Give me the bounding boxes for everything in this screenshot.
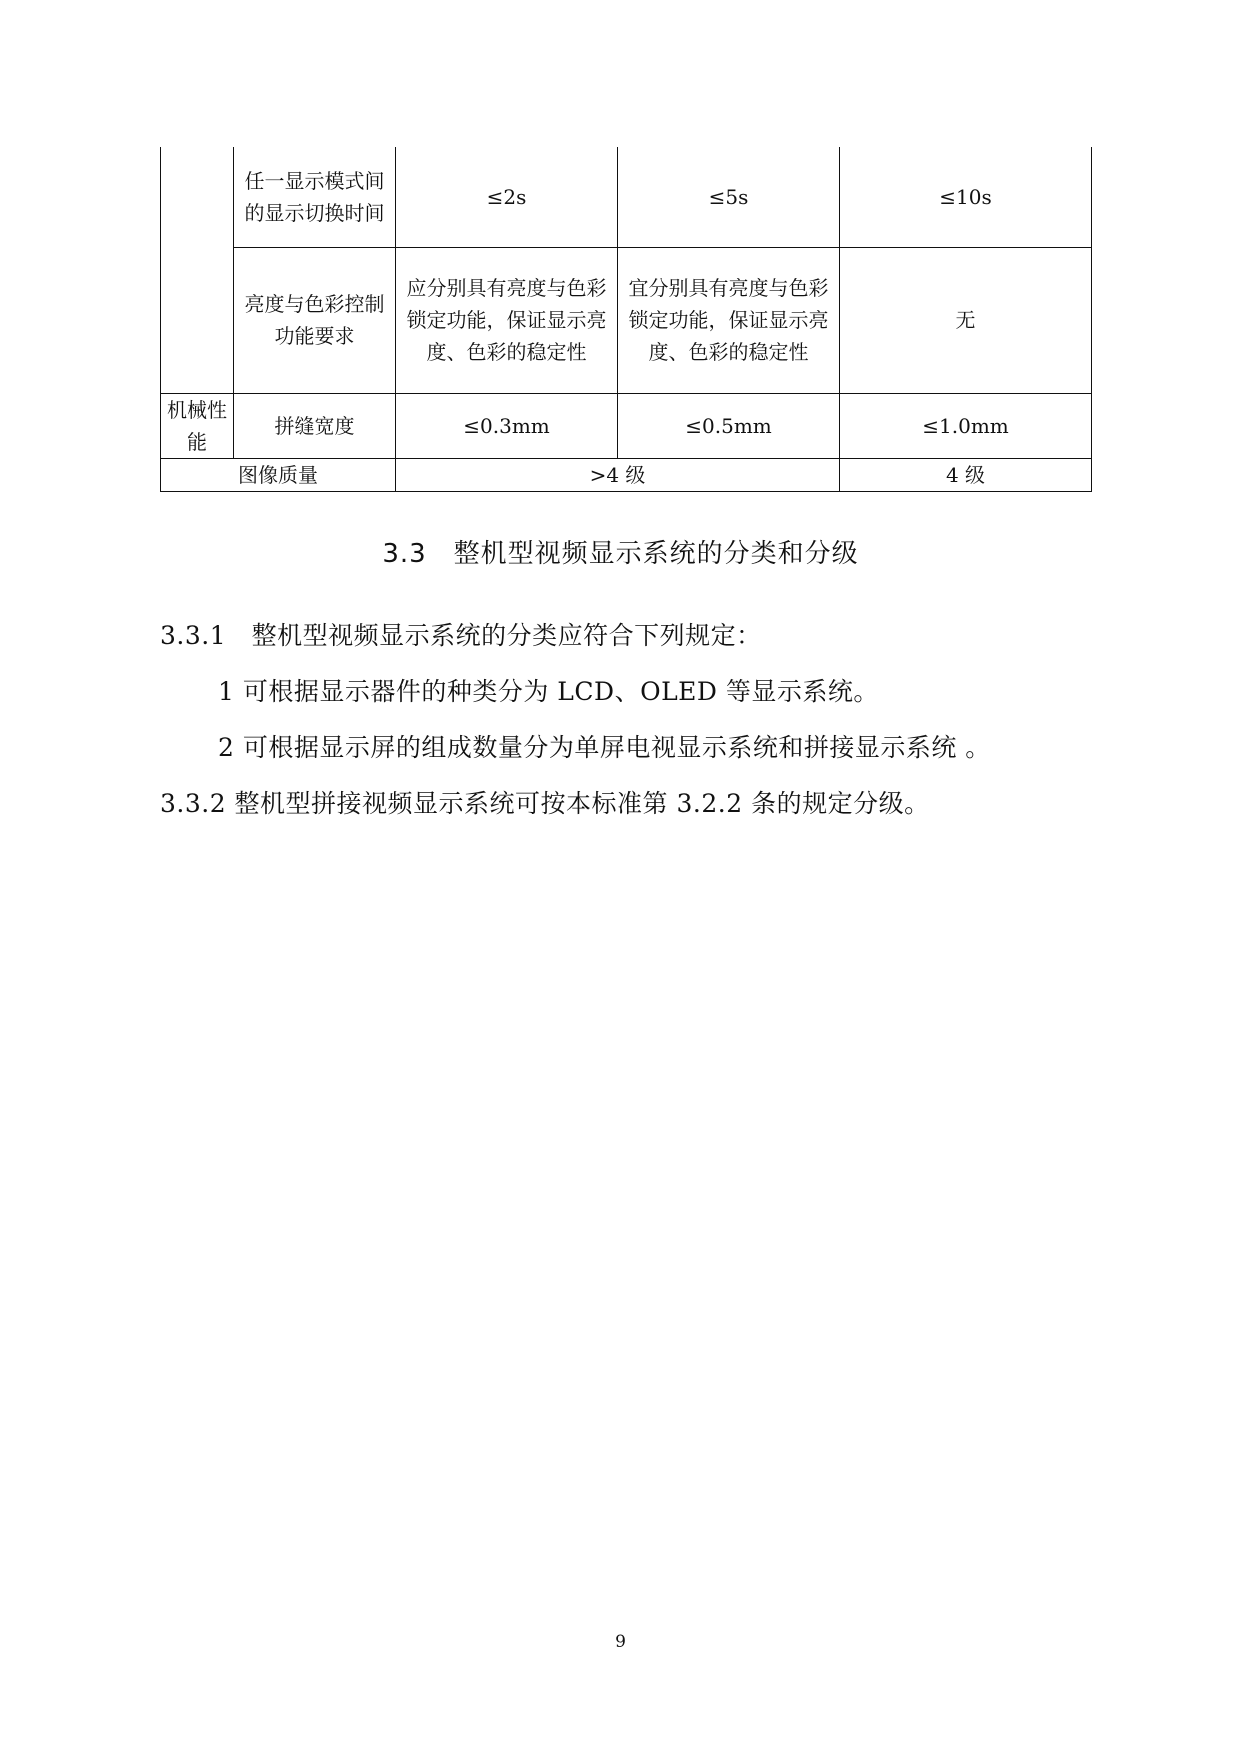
group-cell: 机械性能: [161, 393, 234, 458]
item-cell: 亮度与色彩控制功能要求: [234, 247, 396, 393]
clause-3-3-2: 3.3.2 整机型拼接视频显示系统可按本标准第 3.2.2 条的规定分级。: [160, 784, 930, 820]
clause-3-3-1: 3.3.1 整机型视频显示系统的分类应符合下列规定：: [160, 616, 762, 652]
item-cell: 拼缝宽度: [234, 393, 396, 458]
spec-table-continued: 任一显示模式间的显示切换时间 ≤2s ≤5s ≤10s 亮度与色彩控制功能要求 …: [160, 147, 1091, 492]
section-heading: 3.3 整机型视频显示系统的分类和分级: [0, 533, 1241, 570]
value-cell-grade2: 宜分别具有亮度与色彩锁定功能，保证显示亮度、色彩的稳定性: [618, 247, 840, 393]
table-row: 图像质量 >4 级 4 级: [161, 458, 1092, 491]
value-cell-grade3: ≤10s: [840, 147, 1092, 247]
list-item-1: 1 可根据显示器件的种类分为 LCD、OLED 等显示系统。: [218, 672, 879, 708]
classification-table: 任一显示模式间的显示切换时间 ≤2s ≤5s ≤10s 亮度与色彩控制功能要求 …: [160, 147, 1092, 492]
page-number: 9: [0, 1632, 1241, 1652]
group-cell: [161, 147, 234, 393]
value-cell-grade3: ≤1.0mm: [840, 393, 1092, 458]
value-cell-grade12: >4 级: [396, 458, 840, 491]
value-cell-grade1: ≤2s: [396, 147, 618, 247]
group-cell: 图像质量: [161, 458, 396, 491]
table-row: 任一显示模式间的显示切换时间 ≤2s ≤5s ≤10s: [161, 147, 1092, 247]
value-cell-grade2: ≤0.5mm: [618, 393, 840, 458]
item-cell: 任一显示模式间的显示切换时间: [234, 147, 396, 247]
table-row: 机械性能 拼缝宽度 ≤0.3mm ≤0.5mm ≤1.0mm: [161, 393, 1092, 458]
table-row: 亮度与色彩控制功能要求 应分别具有亮度与色彩锁定功能，保证显示亮度、色彩的稳定性…: [161, 247, 1092, 393]
value-cell-grade1: ≤0.3mm: [396, 393, 618, 458]
value-cell-grade3: 无: [840, 247, 1092, 393]
list-item-2: 2 可根据显示屏的组成数量分为单屏电视显示系统和拼接显示系统 。: [218, 728, 991, 764]
value-cell-grade2: ≤5s: [618, 147, 840, 247]
value-cell-grade3: 4 级: [840, 458, 1092, 491]
value-cell-grade1: 应分别具有亮度与色彩锁定功能，保证显示亮度、色彩的稳定性: [396, 247, 618, 393]
